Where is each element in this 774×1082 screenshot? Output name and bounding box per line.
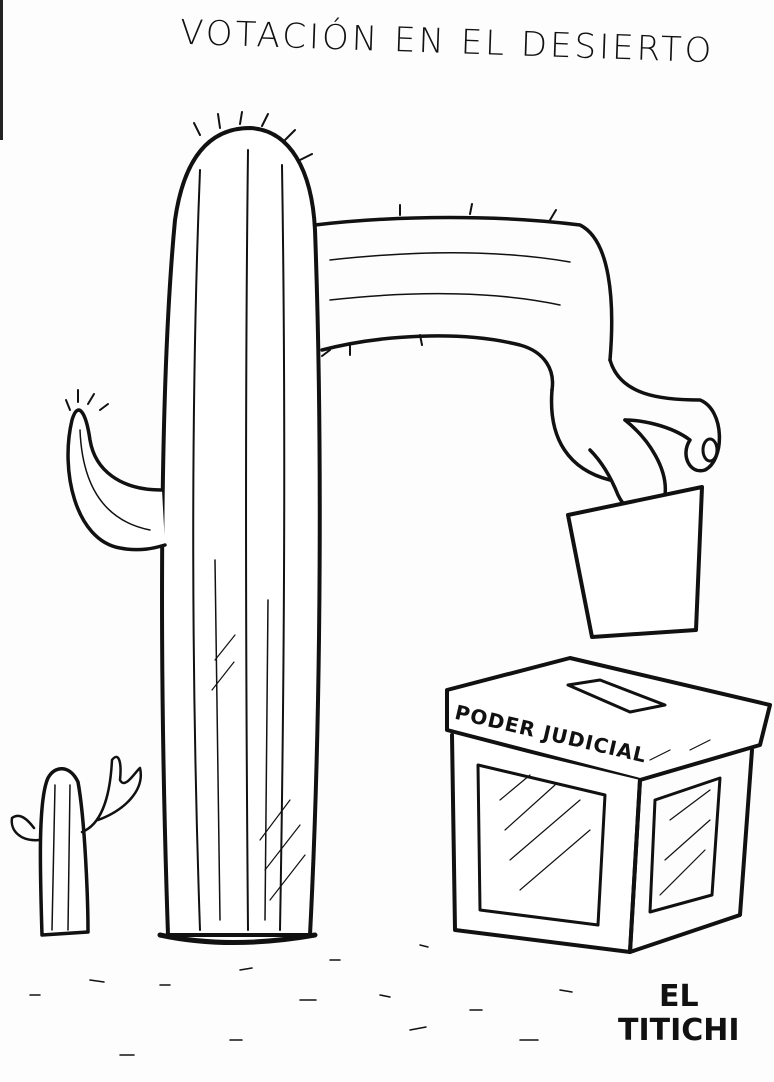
cactus-right-arm	[315, 204, 719, 526]
artist-signature: EL TITICHI	[618, 980, 740, 1048]
big-cactus	[160, 112, 320, 943]
cactus-left-arm	[66, 390, 165, 550]
ballot-paper	[568, 487, 702, 637]
cartoon-canvas: VOTACIÓN EN EL DESIERTO	[0, 0, 774, 1082]
ground-marks	[30, 945, 572, 1055]
signature-line-2: TITICHI	[618, 1014, 740, 1048]
small-cactus	[12, 757, 141, 935]
ballot-box	[447, 658, 770, 952]
cartoon-drawing	[0, 0, 774, 1082]
signature-line-1: EL	[618, 980, 740, 1014]
